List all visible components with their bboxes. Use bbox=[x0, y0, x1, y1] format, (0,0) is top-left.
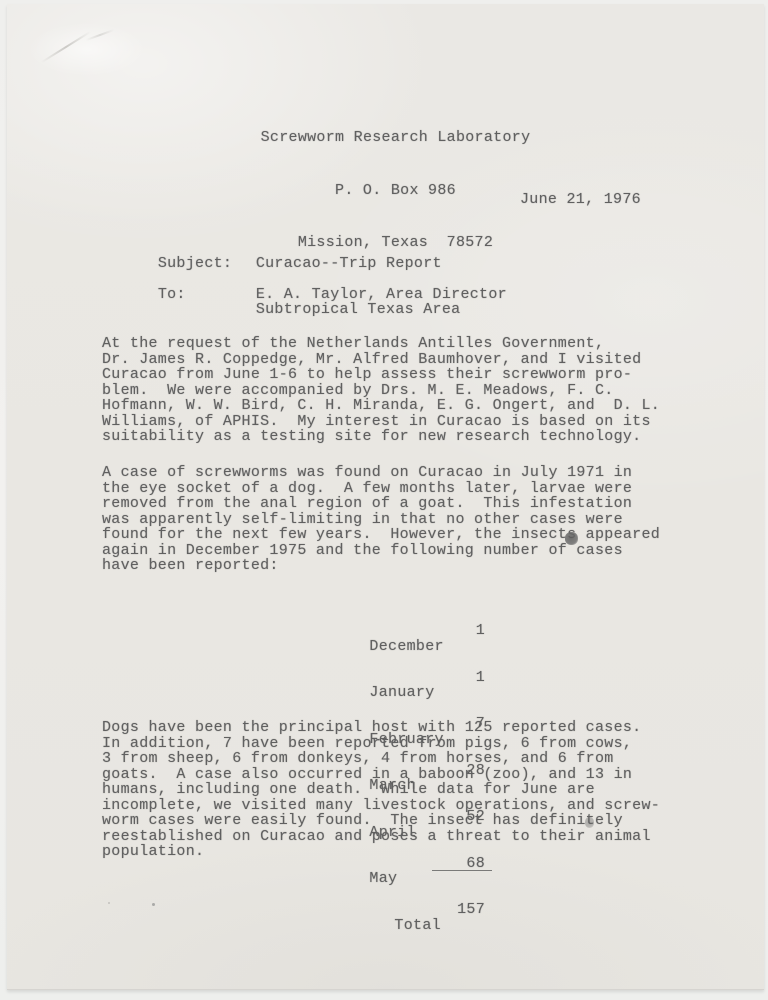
dust-speck bbox=[152, 903, 155, 906]
ink-smudge bbox=[585, 817, 594, 828]
paper-crease-highlight bbox=[27, 22, 147, 77]
month-cell: May bbox=[369, 870, 397, 887]
to-label: To: bbox=[158, 287, 256, 303]
scanned-page: Screwworm Research Laboratory P. O. Box … bbox=[0, 0, 768, 1000]
month-cell: January bbox=[369, 684, 434, 701]
to-recipient: E. A. Taylor, Area Director bbox=[256, 286, 507, 303]
total-row: Total 157 bbox=[102, 902, 582, 918]
document-paper: Screwworm Research Laboratory P. O. Box … bbox=[7, 4, 764, 990]
ink-smudge bbox=[565, 532, 578, 545]
subject-label: Subject: bbox=[158, 256, 256, 272]
paragraph-1: At the request of the Netherlands Antill… bbox=[102, 336, 660, 445]
paragraph-2: A case of screwworms was found on Curaca… bbox=[102, 465, 660, 574]
to-row: To:E. A. Taylor, Area Director Subtropic… bbox=[102, 271, 507, 333]
subject-value: Curacao--Trip Report bbox=[256, 256, 442, 272]
cases-cell: 1 bbox=[435, 670, 485, 686]
date-line: June 21, 1976 bbox=[520, 192, 641, 208]
letterhead-pobox: P. O. Box 986 bbox=[17, 182, 768, 200]
table-row: December 1 bbox=[102, 623, 582, 639]
total-value: 157 bbox=[435, 902, 485, 918]
month-cell: December bbox=[369, 638, 443, 655]
total-label: Total bbox=[394, 917, 441, 934]
paragraph-3: Dogs have been the principal host with 1… bbox=[102, 720, 660, 860]
to-value: E. A. Taylor, Area Director Subtropical … bbox=[256, 287, 507, 318]
table-row: January 1 bbox=[102, 670, 582, 686]
to-organization: Subtropical Texas Area bbox=[256, 301, 461, 318]
letterhead-org: Screwworm Research Laboratory bbox=[17, 129, 768, 147]
cases-cell: 1 bbox=[435, 623, 485, 639]
total-rule bbox=[432, 870, 492, 871]
dust-speck bbox=[108, 902, 110, 904]
